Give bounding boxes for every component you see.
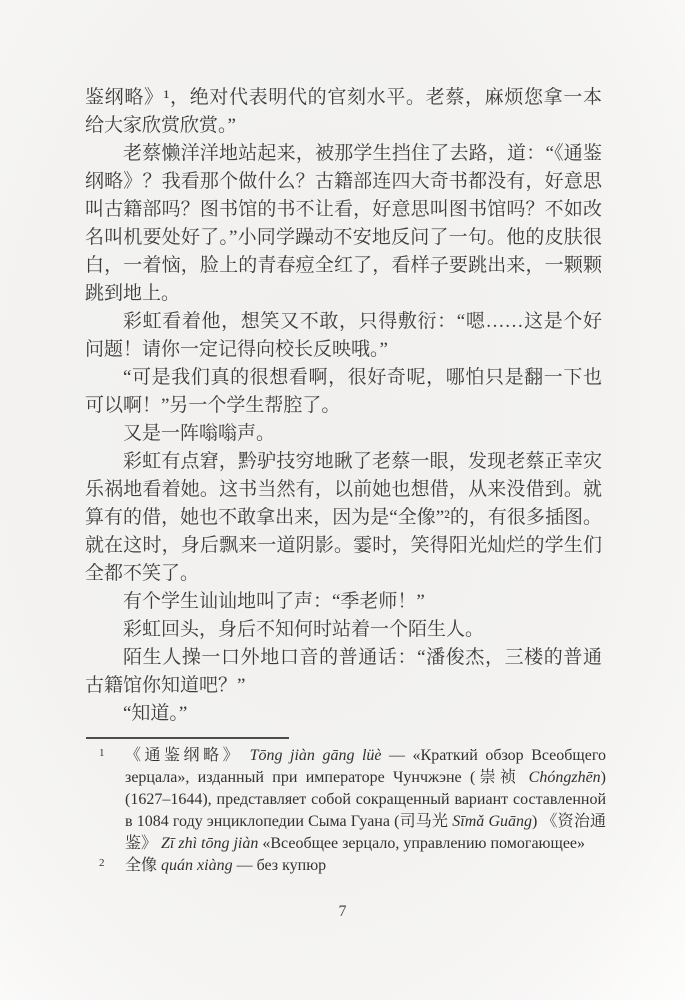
pinyin-text: Chóngzhēn [529, 769, 601, 786]
paragraph: 老蔡懒洋洋地站起来，被那学生挡住了去路，道：“《通鉴纲略》？我看那个做什么？古籍… [85, 140, 602, 308]
paragraph: 有个学生讪讪地叫了声：“季老师！” [85, 588, 602, 616]
paragraph: 陌生人操一口外地口音的普通话：“潘俊杰，三楼的普通古籍馆你知道吧？” [85, 644, 602, 700]
pinyin-text: quán xiàng [161, 857, 233, 874]
paragraph: 彩虹看着他，想笑又不敢，只得敷衍：“嗯……这是个好问题！请你一定记得向校长反映哦… [85, 308, 602, 364]
chinese-text: 全像 [125, 857, 161, 874]
footnote-section: 1《通鉴纲略》 Tōng jiàn gāng lüè — «Краткий об… [85, 745, 606, 877]
book-page: 鉴纲略》¹，绝对代表明代的官刻水平。老蔡，麻烦您拿一本给大家欣赏欣赏。”老蔡懒洋… [0, 0, 685, 1000]
russian-text: «Всеобщее зерцало, управлению помогающее… [258, 835, 585, 852]
paragraph: “知道。” [85, 700, 602, 728]
footnote-separator [86, 737, 289, 739]
russian-text: — без купюр [233, 857, 327, 874]
chinese-text: 司马光 [399, 813, 452, 830]
pinyin-text: Tōng jiàn gāng lüè [250, 747, 382, 764]
footnote-text: 《通鉴纲略》 Tōng jiàn gāng lüè — «Краткий обз… [125, 747, 606, 852]
chinese-text: 《通鉴纲略》 [125, 747, 250, 764]
russian-text: ) [532, 813, 542, 830]
pinyin-text: Sīmǎ Guāng [452, 813, 532, 830]
chinese-text: 崇祯 [475, 769, 528, 786]
footnote-text: 全像 quán xiàng — без купюр [125, 857, 326, 874]
paragraph: 彩虹有点窘，黔驴技穷地瞅了老蔡一眼，发现老蔡正幸灾乐祸地看着她。这书当然有，以前… [85, 448, 602, 588]
page-number: 7 [0, 903, 685, 921]
paragraph: 又是一阵嗡嗡声。 [85, 420, 602, 448]
footnote: 1《通鉴纲略》 Tōng jiàn gāng lüè — «Краткий об… [85, 745, 606, 855]
footnote-marker: 2 [99, 852, 105, 874]
paragraph: “可是我们真的很想看啊，很好奇呢，哪怕只是翻一下也可以啊！”另一个学生帮腔了。 [85, 364, 602, 420]
paragraph: 鉴纲略》¹，绝对代表明代的官刻水平。老蔡，麻烦您拿一本给大家欣赏欣赏。” [85, 84, 602, 140]
paragraph: 彩虹回头，身后不知何时站着一个陌生人。 [85, 616, 602, 644]
pinyin-text: Zī zhì tōng jiàn [161, 835, 258, 852]
main-text: 鉴纲略》¹，绝对代表明代的官刻水平。老蔡，麻烦您拿一本给大家欣赏欣赏。”老蔡懒洋… [85, 84, 602, 728]
footnote: 2全像 quán xiàng — без купюр [85, 855, 606, 877]
footnote-marker: 1 [99, 742, 105, 764]
